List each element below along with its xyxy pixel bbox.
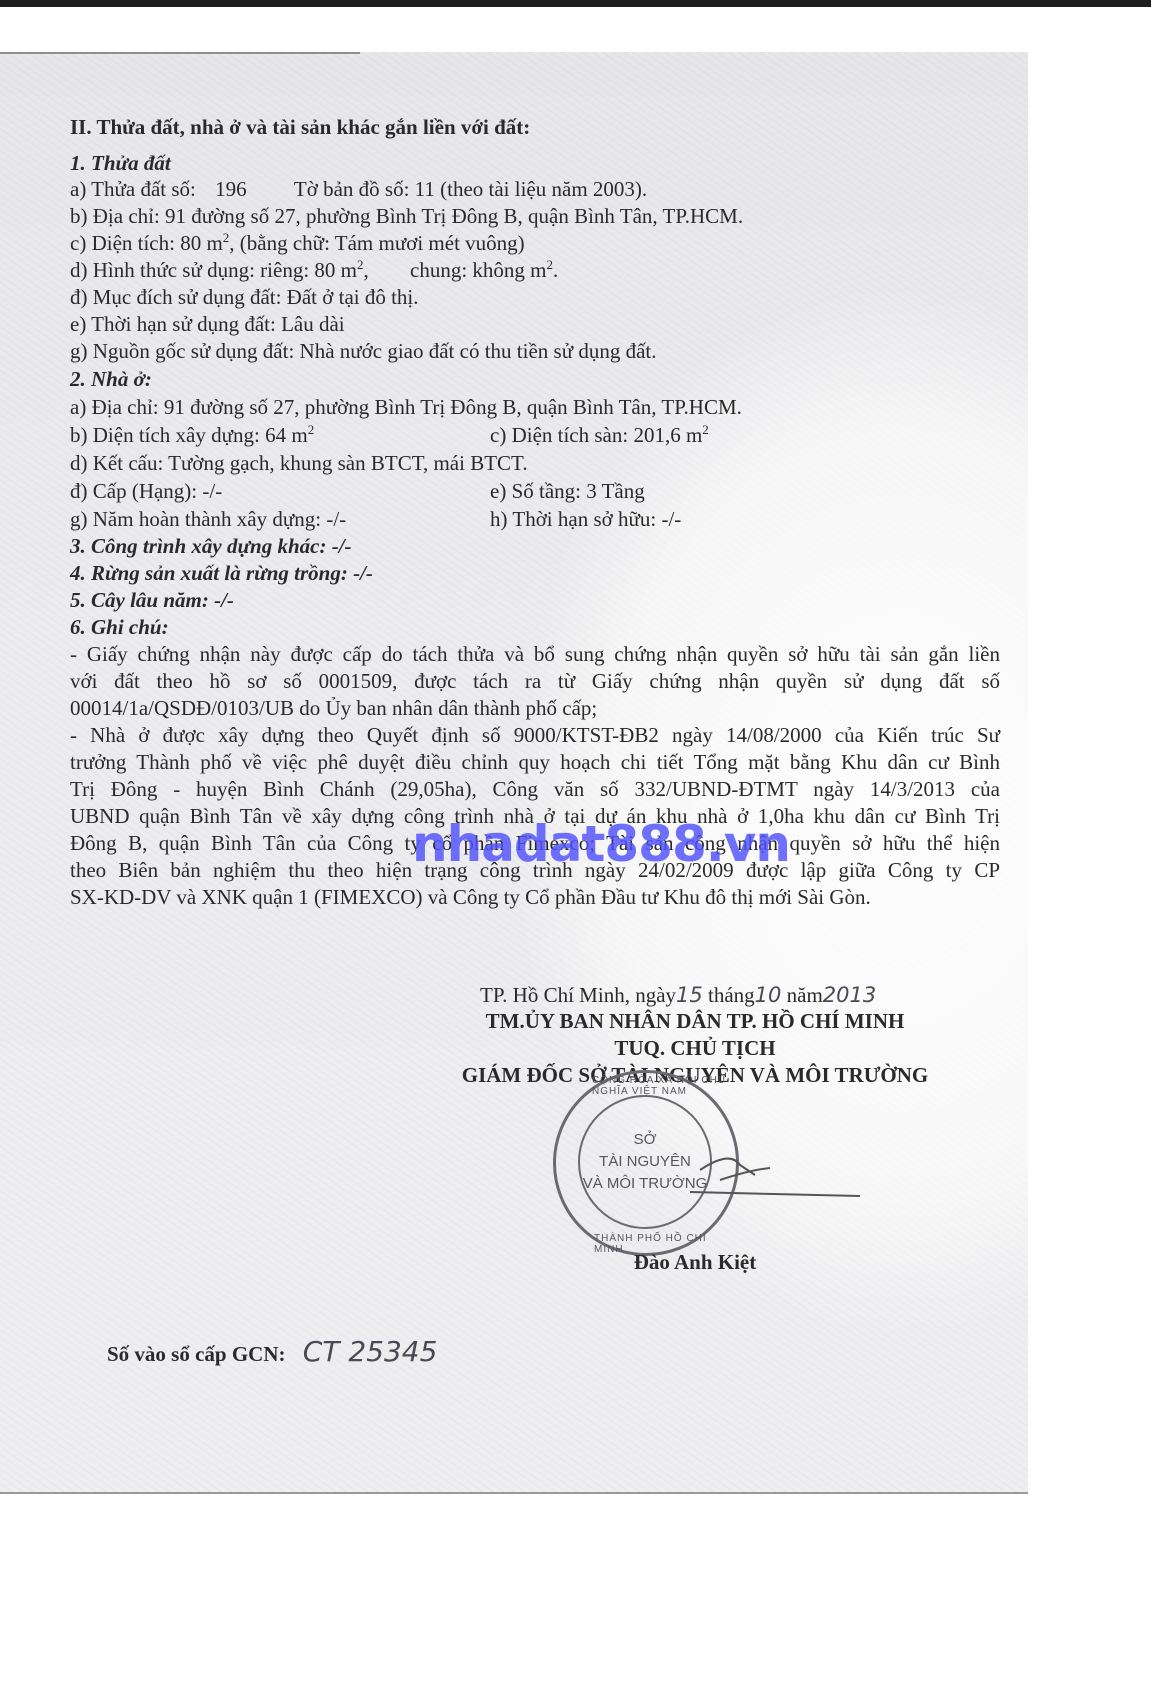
scan-edge-line	[0, 52, 360, 54]
parcel-value: 196	[215, 177, 247, 201]
stamp-line: SỞ	[634, 1129, 657, 1151]
year-label: năm	[787, 983, 823, 1007]
house-completion-year: g) Năm hoàn thành xây dựng: -/-	[70, 506, 346, 532]
sup: 2	[308, 422, 315, 437]
month: 10	[755, 983, 782, 1007]
note-line: 00014/1a/QSDĐ/0103/UB do Ủy ban nhân dân…	[70, 695, 1000, 722]
signing-role-1: TUQ. CHỦ TỊCH	[460, 1036, 930, 1061]
build-area: b) Diện tích xây dựng: 64 m	[70, 423, 308, 447]
shared-usage: chung: không m	[410, 258, 547, 282]
period: .	[553, 258, 558, 282]
land-purpose: đ) Mục đích sử dụng đất: Đất ở tại đô th…	[70, 284, 419, 310]
signature-scribble-icon	[680, 1130, 880, 1210]
note-line: - Nhà ở được xây dựng theo Quyết định số…	[70, 722, 1000, 749]
year: 2013	[823, 983, 876, 1007]
registry-number: Số vào sổ cấp GCN: CT 25345	[107, 1335, 437, 1368]
land-term: e) Thời hạn sử dụng đất: Lâu dài	[70, 311, 345, 337]
house-heading: 2. Nhà ở:	[70, 366, 152, 392]
signing-org: TM.ỦY BAN NHÂN DÂN TP. HỒ CHÍ MINH	[460, 1009, 930, 1034]
top-bar	[0, 0, 1151, 7]
floor-area: c) Diện tích sàn: 201,6 m	[490, 423, 702, 447]
planted-forest: 4. Rừng sản xuất là rừng trồng: -/-	[70, 560, 373, 586]
sup: 2	[702, 422, 709, 437]
other-construction: 3. Công trình xây dựng khác: -/-	[70, 533, 352, 559]
section-title: II. Thửa đất, nhà ở và tài sản khác gắn …	[70, 114, 530, 140]
note-line: với đất theo hồ sơ số 0001509, được tách…	[70, 668, 1000, 695]
registry-value: CT 25345	[303, 1335, 438, 1368]
note-line: trưởng Thành phố về việc phê duyệt điều …	[70, 749, 1000, 776]
day: 15	[676, 983, 703, 1007]
house-structure: d) Kết cấu: Tường gạch, khung sàn BTCT, …	[70, 450, 528, 476]
house-grade: đ) Cấp (Hạng): -/-	[70, 478, 222, 504]
house-ownership-term: h) Thời hạn sở hữu: -/-	[490, 506, 681, 532]
land-area: c) Diện tích: 80 m2, (bằng chữ: Tám mươi…	[70, 230, 525, 256]
area-words: , (bằng chữ: Tám mươi mét vuông)	[229, 231, 524, 255]
house-floors: e) Số tầng: 3 Tầng	[490, 478, 645, 504]
registry-label: Số vào sổ cấp GCN:	[107, 1342, 286, 1366]
private-usage: d) Hình thức sử dụng: riêng: 80 m	[70, 258, 357, 282]
stamp-ring-top: CỘNG HÒA XÃ HỘI CHỦ NGHĨA VIỆT NAM	[592, 1075, 736, 1097]
notes-heading: 6. Ghi chú:	[70, 614, 169, 640]
stamp-line: TÀI NGUYÊN	[599, 1151, 691, 1173]
note-line: Trị Đông - huyện Bình Chánh (29,05ha), C…	[70, 776, 1000, 803]
place-date-prefix: TP. Hồ Chí Minh, ngày	[480, 983, 676, 1007]
house-address: a) Địa chỉ: 91 đường số 27, phường Bình …	[70, 394, 742, 420]
parcel-label: a) Thửa đất số:	[70, 177, 196, 201]
place-date: TP. Hồ Chí Minh, ngày15 tháng10 năm2013	[480, 983, 876, 1008]
signer-name: Đào Anh Kiệt	[600, 1250, 790, 1275]
perennial-trees: 5. Cây lâu năm: -/-	[70, 587, 234, 613]
house-build-area: b) Diện tích xây dựng: 64 m2	[70, 422, 314, 448]
land-origin: g) Nguồn gốc sử dụng đất: Nhà nước giao …	[70, 338, 656, 364]
land-address: b) Địa chỉ: 91 đường số 27, phường Bình …	[70, 203, 743, 229]
map-sheet: Tờ bản đồ số: 11 (theo tài liệu năm 2003…	[294, 177, 647, 201]
month-label: tháng	[708, 983, 755, 1007]
note-line: SX-KD-DV và XNK quận 1 (FIMEXCO) và Công…	[70, 884, 1000, 911]
area-value: c) Diện tích: 80 m	[70, 231, 223, 255]
watermark: nhadat888.vn	[412, 818, 790, 870]
land-parcel-number: a) Thửa đất số: 196 Tờ bản đồ số: 11 (th…	[70, 176, 647, 202]
note-line: - Giấy chứng nhận này được cấp do tách t…	[70, 641, 1000, 668]
land-usage-form: d) Hình thức sử dụng: riêng: 80 m2, chun…	[70, 257, 558, 283]
house-floor-area: c) Diện tích sàn: 201,6 m2	[490, 422, 709, 448]
comma: ,	[364, 258, 369, 282]
land-heading: 1. Thửa đất	[70, 150, 171, 176]
